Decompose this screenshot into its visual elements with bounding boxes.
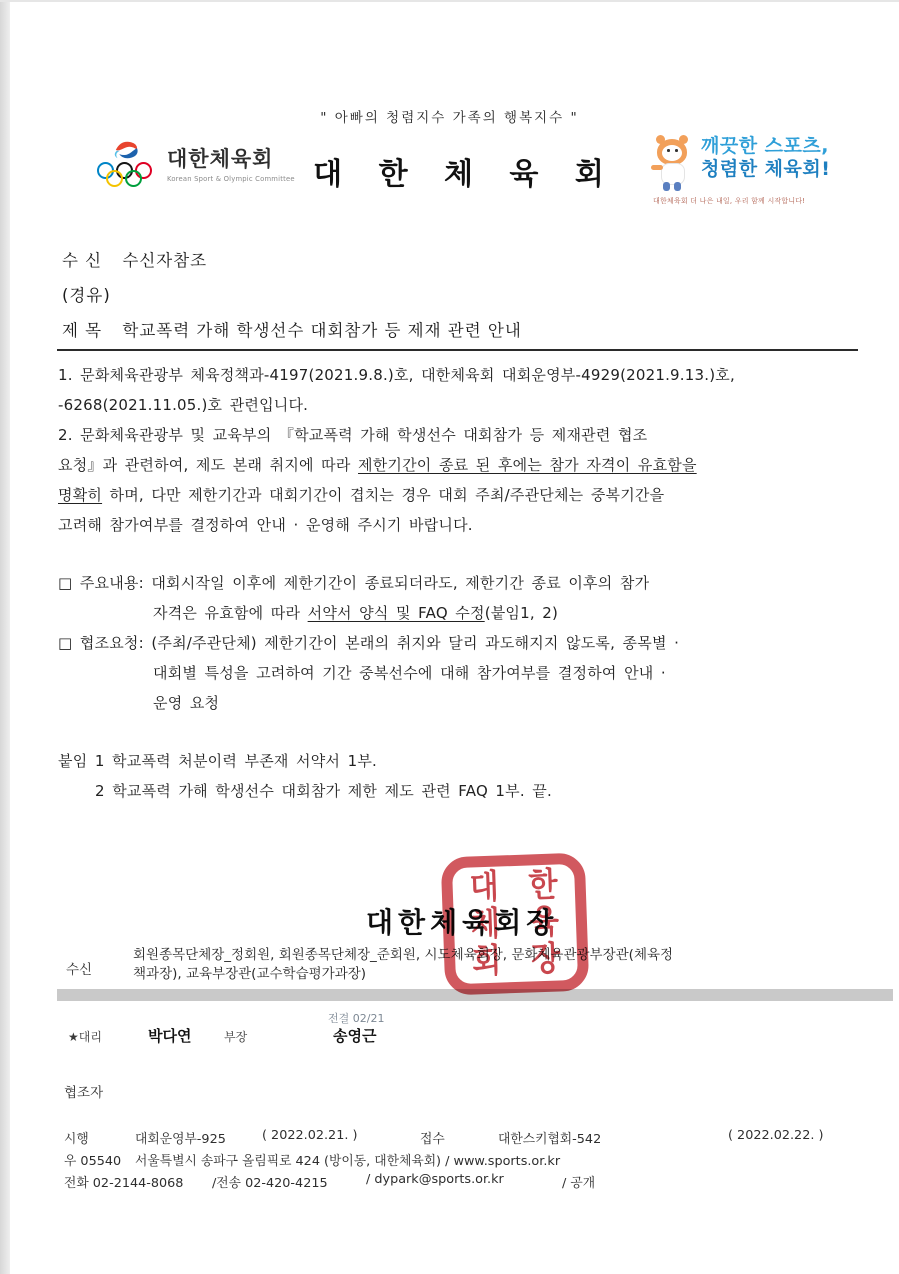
approver-role-bujang: 부장 <box>224 1028 247 1045</box>
receive-date: ( 2022.02.22. ) <box>728 1128 823 1143</box>
subject-value: 학교폭력 가해 학생선수 대회참가 등 제재 관련 안내 <box>122 321 521 340</box>
body-line: 요청』과 관련하여, 제도 본래 취지에 따라 제한기간이 종료 된 후에는 참… <box>58 450 868 480</box>
badge-slogan: 깨끗한 스포츠, 청렴한 체육회! <box>701 135 830 181</box>
body-line: 1. 문화체육관광부 체육정책과-4197(2021.9.8.)호, 대한체육회… <box>58 360 868 390</box>
approver-name-2: 송영근 <box>333 1025 376 1046</box>
via-line: (경유) <box>62 282 111 306</box>
subject-line: 제 목 학교폭력 가해 학생선수 대회참가 등 제재 관련 안내 <box>62 317 522 341</box>
stamp-char: 장 <box>531 941 561 980</box>
body-text: 1. 문화체육관광부 체육정책과-4197(2021.9.8.)호, 대한체육회… <box>58 360 868 806</box>
zip-code: 우 05540 <box>64 1150 121 1169</box>
email: / dypark@sports.or.kr <box>366 1172 504 1187</box>
body-line: -6268(2021.11.05.)호 관련입니다. <box>58 390 868 420</box>
stamp-char: 육 <box>529 903 559 942</box>
body-line: 2. 문화체육관광부 및 교육부의 『학교폭력 가해 학생선수 대회참가 등 제… <box>58 420 868 450</box>
address: 서울특별시 송파구 올림픽로 424 (방이동, 대한체육회) / www.sp… <box>135 1150 560 1169</box>
body-line: □ 협조요청: (주최/주관단체) 제한기간이 본래의 취지와 달리 과도해지지… <box>58 628 868 658</box>
receive-number: 대한스키협회-542 <box>498 1128 601 1147</box>
sihaeng-label: 시행 <box>64 1128 89 1147</box>
fax: /전송 02-420-4215 <box>212 1172 328 1191</box>
org-name-english: Korean Sport & Olympic Committee <box>167 175 295 183</box>
olympic-logo-icon <box>95 138 157 188</box>
header-divider <box>57 349 858 351</box>
recipient-line: 수 신 수신자참조 <box>62 247 207 271</box>
body-line <box>58 718 868 746</box>
body-line: 명확히 하며, 다만 제한기간과 대회기간이 겹치는 경우 대회 주최/주관단체… <box>58 480 868 510</box>
body-line <box>58 540 868 568</box>
document-title: 대 한 체 육 회 <box>285 149 645 193</box>
disclosure: / 공개 <box>562 1172 595 1191</box>
olympic-rings-icon <box>97 162 155 188</box>
distribution-label: 수신 <box>66 958 92 978</box>
page-left-edge <box>0 0 10 1274</box>
phone: 전화 02-2144-8068 <box>64 1172 183 1191</box>
doc-number: 대회운영부-925 <box>135 1128 226 1147</box>
official-seal-stamp: 대한체육회장 <box>441 853 590 996</box>
clean-sports-badge: 깨끗한 스포츠, 청렴한 체육회! 대한체육회 더 나은 내일, 우리 함께 시… <box>653 135 878 206</box>
stamp-char: 회 <box>472 943 502 982</box>
org-name-korean: 대한체육회 <box>167 143 295 173</box>
body-line: 운영 요청 <box>58 688 868 718</box>
stamp-char: 한 <box>528 866 558 905</box>
body-line: □ 주요내용: 대회시작일 이후에 제한기간이 종료되더라도, 제한기간 종료 … <box>58 568 868 598</box>
body-line: 고려해 참가여부를 결정하여 안내 · 운영해 주시기 바랍니다. <box>58 510 868 540</box>
header-slogan: " 아빠의 청렴지수 가족의 행복지수 " <box>0 106 899 126</box>
jeopsu-label: 접수 <box>420 1128 445 1147</box>
body-line: 자격은 유효함에 따라 서약서 양식 및 FAQ 수정(붙임1, 2) <box>58 598 868 628</box>
body-line: 2 학교폭력 가해 학생선수 대회참가 제한 제도 관련 FAQ 1부. 끝. <box>58 776 868 806</box>
page-top-edge <box>0 0 899 2</box>
org-logo-text: 대한체육회 Korean Sport & Olympic Committee <box>167 143 295 183</box>
cooperator-label: 협조자 <box>64 1081 103 1101</box>
body-line: 붙임 1 학교폭력 처분이력 부존재 서약서 1부. <box>58 746 868 776</box>
recipient-value: 수신자참조 <box>122 251 207 270</box>
stamp-char: 대 <box>469 868 499 907</box>
org-logo: 대한체육회 Korean Sport & Olympic Committee <box>95 138 295 188</box>
badge-slogan-line1: 깨끗한 스포츠, <box>701 135 830 158</box>
subject-label: 제 목 <box>62 321 102 340</box>
mascot-icon <box>653 135 695 193</box>
stamp-char: 체 <box>470 905 500 944</box>
taegeuk-swirl-icon <box>108 138 144 160</box>
jeongyeol-date: 전결 02/21 <box>328 1010 384 1026</box>
doc-date: ( 2022.02.21. ) <box>262 1128 357 1143</box>
document-page: " 아빠의 청렴지수 가족의 행복지수 " 대한체육회 Korean Sport… <box>0 0 899 1274</box>
recipient-label: 수 신 <box>62 251 102 270</box>
badge-tagline: 대한체육회 더 나은 내일, 우리 함께 시작합니다! <box>653 196 878 206</box>
approver-name-1: 박다연 <box>148 1025 191 1046</box>
body-line: 대회별 특성을 고려하여 기간 중복선수에 대해 참가여부를 결정하여 안내 · <box>58 658 868 688</box>
badge-slogan-line2: 청렴한 체육회! <box>701 158 830 181</box>
approver-role-daeri: ★대리 <box>68 1028 102 1045</box>
